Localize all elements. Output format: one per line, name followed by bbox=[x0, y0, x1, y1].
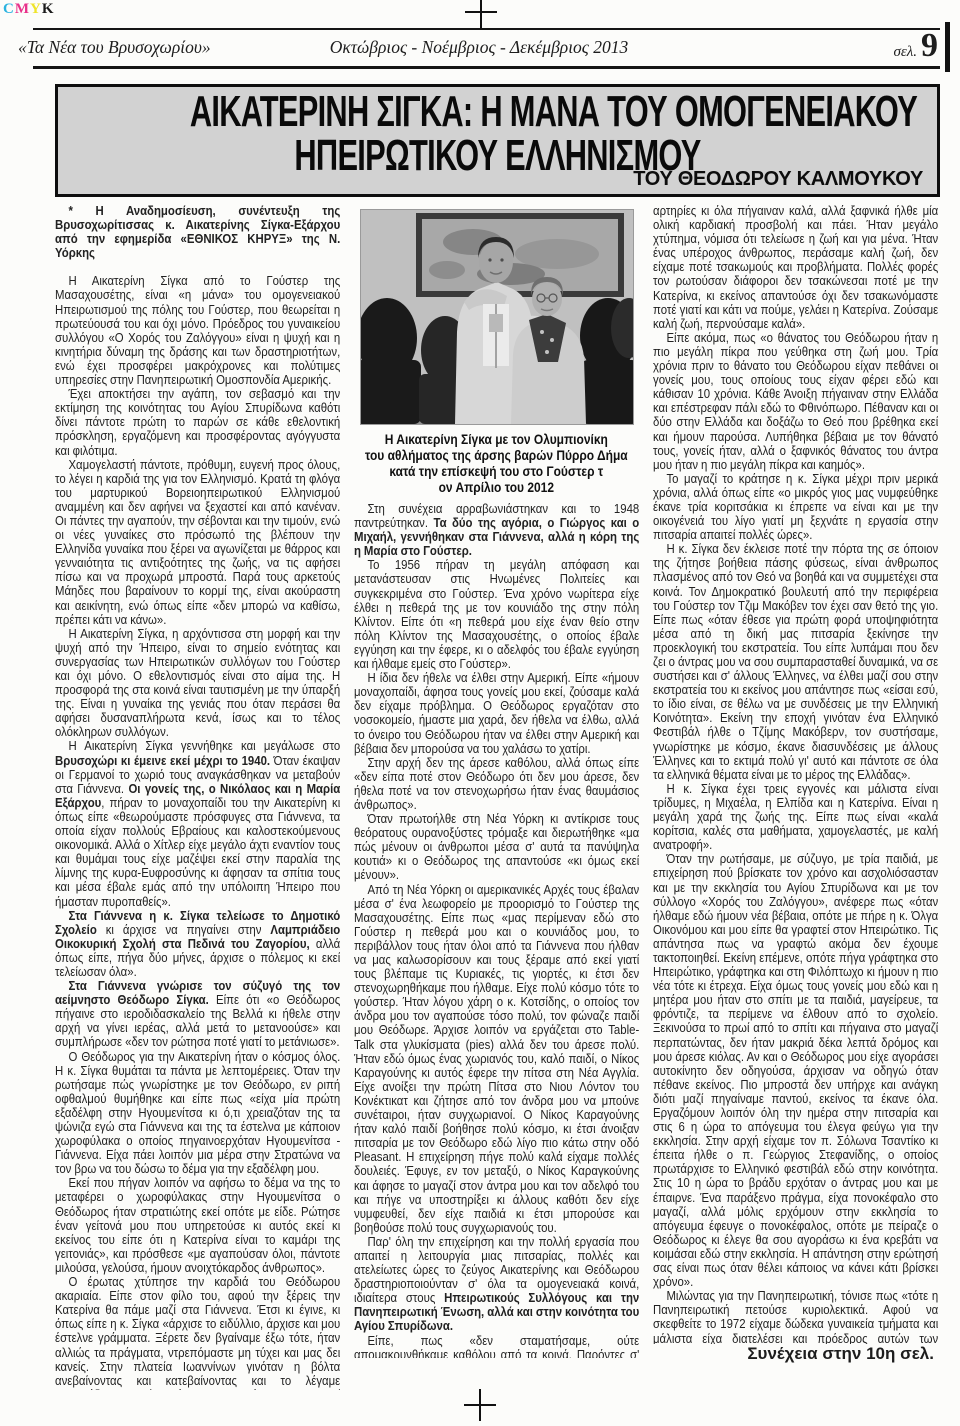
photo-caption: Η Αικατερίνη Σίγκα με τον Ολυμπιονίκητου… bbox=[354, 432, 639, 496]
article-paragraph: Όταν την ρωτήσαμε, με σύζυγο, με τρία πα… bbox=[653, 852, 938, 1289]
newspaper-page: { "print_marks": { "cmyk_letters": [ {"c… bbox=[0, 0, 960, 1426]
column-middle-text: Στη συνέχεια αρραβωνιάστηκαν και το 1948… bbox=[354, 502, 639, 1358]
continuation-note: Συνέχεια στην 10η σελ. bbox=[739, 1344, 934, 1364]
article-paragraph: Η Αικατερίνη Σίγκα γεννήθηκε και μεγάλωσ… bbox=[55, 739, 340, 908]
header-top-rule bbox=[33, 28, 940, 30]
article-paragraph: * Η Αναδημοσίευση, συνέντευξη της Βρυσοχ… bbox=[55, 204, 340, 260]
article-paragraph: Η Αικατερίνη Σίγκα από το Γούστερ της Μα… bbox=[55, 274, 340, 387]
article-paragraph: Από τη Νέα Υόρκη οι αμερικανικές Αρχές τ… bbox=[354, 883, 639, 1235]
cmyk-letter: M bbox=[15, 1, 30, 17]
article-paragraph: Μιλώντας για την Πανηπειρωτική, τόνισε π… bbox=[653, 1289, 938, 1344]
registration-cross-bottom-icon bbox=[464, 1389, 496, 1421]
cmyk-letter: C bbox=[3, 1, 15, 17]
article-paragraph: Η ίδια δεν ήθελε να έλθει στην Αμερική. … bbox=[354, 671, 639, 756]
article-paragraph: Έχει αποκτήσει την αγάπη, τον σεβασμό κα… bbox=[55, 387, 340, 457]
page-word: σελ. bbox=[893, 44, 917, 60]
article-paragraph: Όταν πρωτοήλθε στη Νέα Υόρκη κι αντίκρισ… bbox=[354, 812, 639, 882]
article-paragraph: Η κ. Σίγκα δεν έκλεισε ποτέ την πόρτα τη… bbox=[653, 542, 938, 782]
article-photo bbox=[360, 209, 634, 425]
header-bottom-rule bbox=[33, 66, 940, 69]
article-paragraph: Εκεί που πήγαν λοιπόν να αφήσω το δέμα ν… bbox=[55, 1176, 340, 1275]
article-paragraph: Στα Γιάννενα η κ. Σίγκα τελείωσε το Δημο… bbox=[55, 909, 340, 979]
article-paragraph: Χαμογελαστή πάντοτε, πρόθυμη, ευγενή προ… bbox=[55, 458, 340, 627]
article-paragraph: Η Αικατερίνη Σίγκα, η αρχόντισσα στη μορ… bbox=[55, 627, 340, 740]
column-right: αρτηρίες κι όλα πήγαιναν καλά, αλλά ξαφν… bbox=[653, 204, 938, 1390]
page-edge-mark bbox=[945, 22, 950, 72]
article-paragraph: αρτηρίες κι όλα πήγαιναν καλά, αλλά ξαφν… bbox=[653, 204, 938, 331]
article-paragraph: Είπε, πως «δεν σταματήσαμε, ούτε απομακρ… bbox=[354, 1334, 639, 1358]
article-paragraph: Παρ' όλη την επιχείρηση και την πολλή ερ… bbox=[354, 1235, 639, 1334]
headline-box: ΑΙΚΑΤΕΡΙΝΗ ΣΙΓΚΑ: Η ΜΑΝΑ ΤΟΥ ΟΜΟΓΕΝΕΙΑΚΟ… bbox=[55, 84, 940, 197]
photo-chairs-right bbox=[580, 298, 633, 424]
page-number: 9 bbox=[921, 27, 938, 64]
column-middle: Η Αικατερίνη Σίγκα με τον Ολυμπιονίκητου… bbox=[354, 204, 639, 1390]
headline: ΑΙΚΑΤΕΡΙΝΗ ΣΙΓΚΑ: Η ΜΑΝΑ ΤΟΥ ΟΜΟΓΕΝΕΙΑΚΟ… bbox=[190, 90, 805, 178]
column-right-text: αρτηρίες κι όλα πήγαιναν καλά, αλλά ξαφν… bbox=[653, 204, 938, 1344]
page-number-block: σελ. 9 bbox=[893, 27, 938, 65]
article-paragraph: Το 1956 πήραν τη μεγάλη απόφαση και μετα… bbox=[354, 558, 639, 671]
registration-cross-top-icon bbox=[465, 0, 497, 28]
article-paragraph: Ο Θεόδωρος για την Αικατερίνη ήταν ο κόσ… bbox=[55, 1050, 340, 1177]
article-paragraph: Είπε ακόμα, πως «ο θάνατος του Θεόδωρου … bbox=[653, 331, 938, 472]
article-paragraph: Στην αρχή δεν της άρεσε καθόλου, αλλά όπ… bbox=[354, 756, 639, 812]
photo-framed-picture bbox=[419, 216, 621, 294]
article-paragraph: Στα Γιάννενα γνώρισε τον σύζυγό της τον … bbox=[55, 979, 340, 1049]
article-paragraph: Ο έρωτας χτύπησε την καρδιά του Θεόδωρου… bbox=[55, 1275, 340, 1390]
article-paragraph: Το μαγαζί το κράτησε η κ. Σίγκα μέχρι πρ… bbox=[653, 472, 938, 542]
article-paragraph: Στη συνέχεια αρραβωνιάστηκαν και το 1948… bbox=[354, 502, 639, 558]
cmyk-print-mark: CMYK bbox=[3, 1, 55, 18]
cmyk-letter: Y bbox=[30, 1, 42, 17]
column-left: * Η Αναδημοσίευση, συνέντευξη της Βρυσοχ… bbox=[55, 204, 340, 1390]
article-columns: * Η Αναδημοσίευση, συνέντευξη της Βρυσοχ… bbox=[55, 204, 940, 1390]
article-paragraph: Η κ. Σίγκα έχει τρεις εγγονές και μάλιστ… bbox=[653, 782, 938, 852]
cmyk-letter: K bbox=[42, 1, 55, 17]
page-header: «Τα Νέα του Βρυσοχωρίου» Οκτώβριος - Νοέ… bbox=[18, 33, 940, 65]
column-left-text: * Η Αναδημοσίευση, συνέντευξη της Βρυσοχ… bbox=[55, 204, 340, 1390]
issue-period: Οκτώβριος - Νοέμβριος - Δεκέμβριος 2013 bbox=[18, 37, 940, 58]
